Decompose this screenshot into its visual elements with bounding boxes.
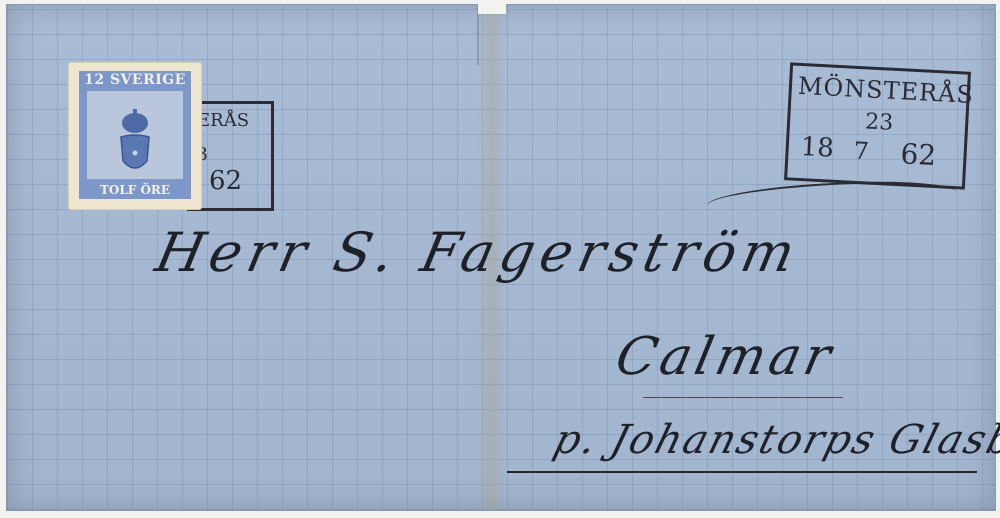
letter-cover: ERÅS 23 62 12 SVERIGE 12 TOLF ÖRE MÖNSTE… <box>6 4 996 511</box>
postmark-right-month: 7 <box>853 137 870 166</box>
postmark-right-day: 23 <box>865 109 894 135</box>
postmark-left-year: 62 <box>209 166 242 196</box>
flap-edge <box>477 5 479 65</box>
address-recipient: Herr S. Fagerström <box>150 221 806 284</box>
postmark-right-year-prefix: 18 <box>800 132 835 164</box>
stamp-top-text: 12 SVERIGE 12 <box>79 71 191 89</box>
cover-notch <box>478 0 506 14</box>
address-location: p. Johanstorps Glasbruk <box>549 417 1000 463</box>
postmark-right-year: 62 <box>900 137 937 172</box>
crown-shield-icon <box>115 109 155 179</box>
address-underline <box>507 471 977 473</box>
stamp-coat-of-arms <box>87 91 183 179</box>
postmark-right-town: MÖNSTERÅS <box>797 72 974 109</box>
postmark-right: MÖNSTERÅS 23 18 7 62 <box>784 62 971 189</box>
city-underline <box>643 397 843 398</box>
address-city: Calmar <box>611 327 840 387</box>
postmark-left-town: ERÅS <box>197 110 249 131</box>
postage-stamp: 12 SVERIGE 12 TOLF ÖRE <box>69 63 201 209</box>
stamp-bottom-text: TOLF ÖRE <box>79 181 191 199</box>
